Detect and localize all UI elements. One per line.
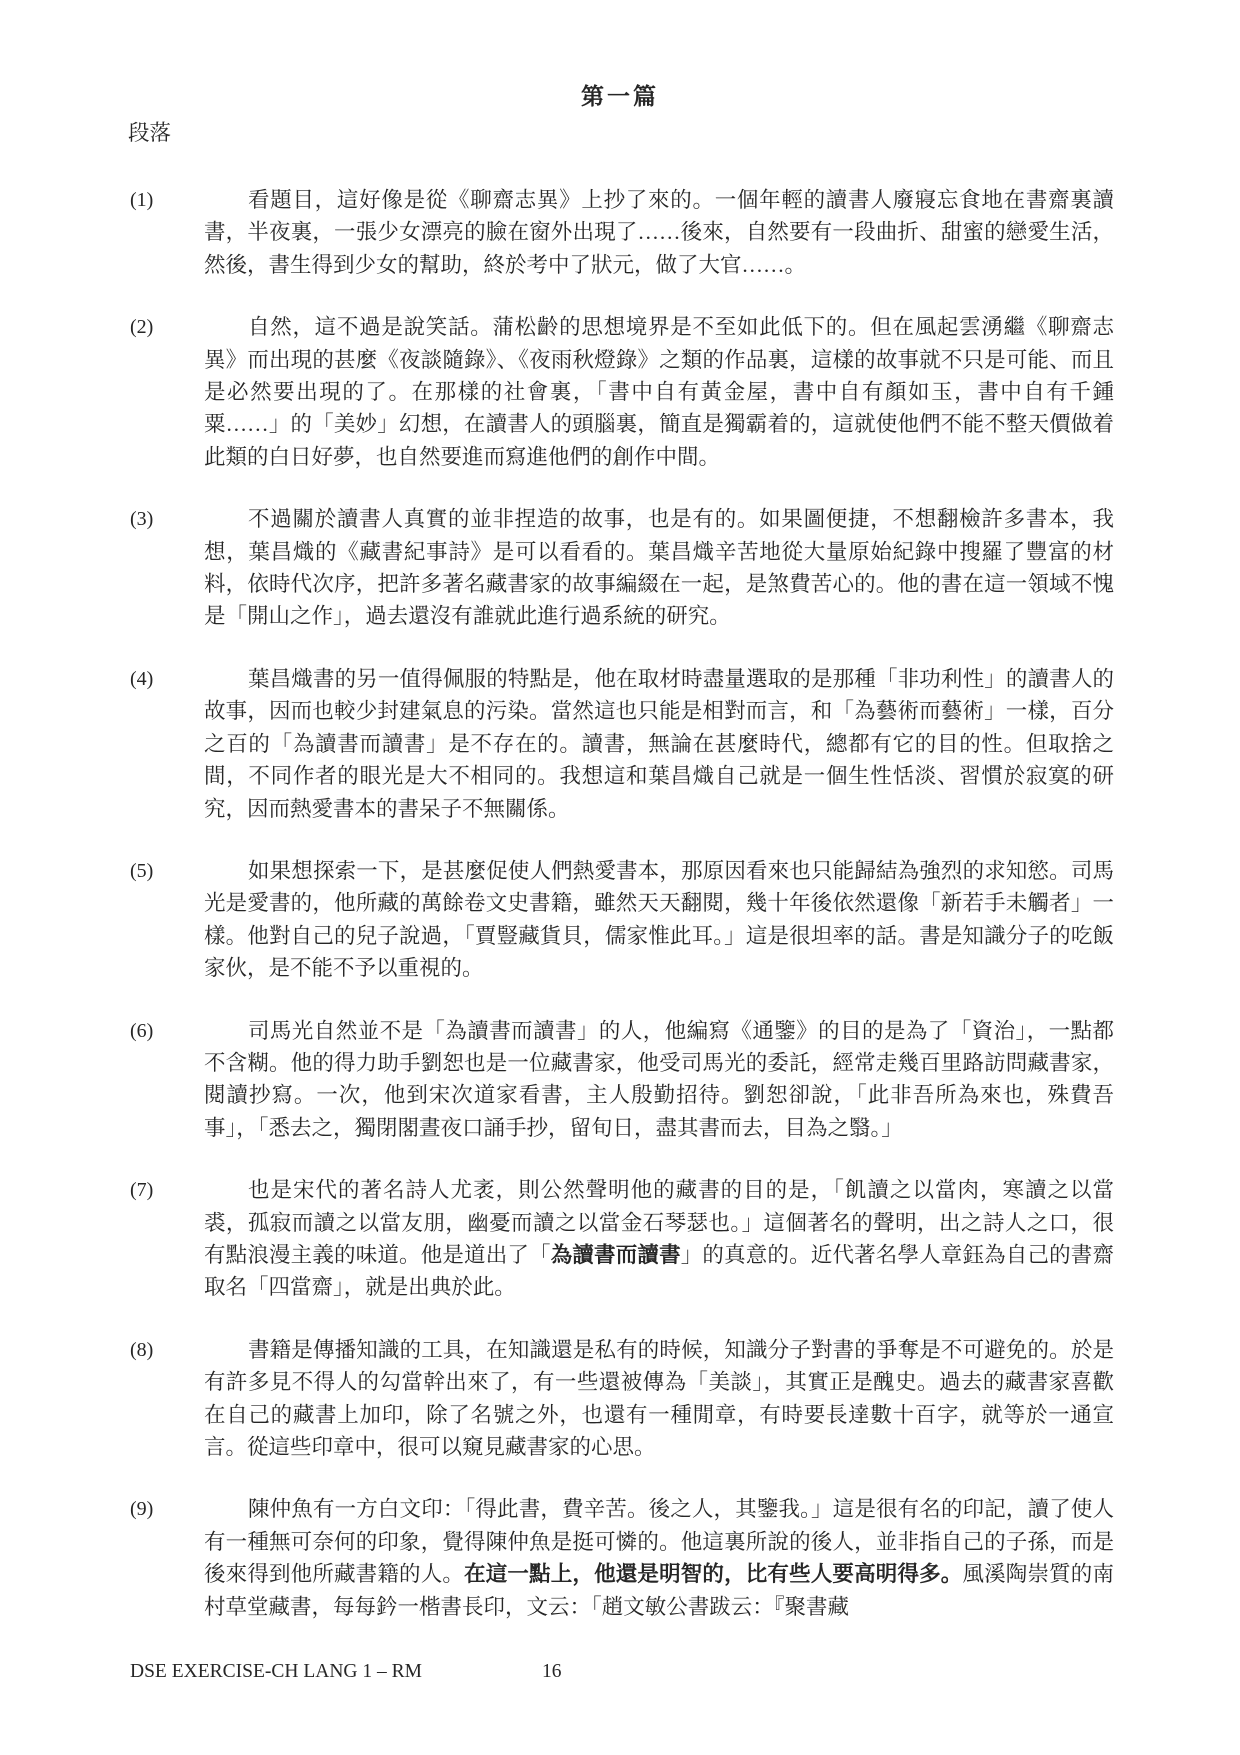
- paragraph: (9) 陳仲魚有一方白文印：「得此書，費辛苦。後之人，其鑒我。」這是很有名的印記…: [130, 1493, 1114, 1623]
- paragraph-number: (1): [130, 184, 153, 216]
- page-title: 第一篇: [0, 0, 1240, 114]
- paragraph-number: (8): [130, 1334, 153, 1366]
- paragraph-number: (3): [130, 503, 153, 535]
- text-run: 不過關於讀書人真實的並非捏造的故事，也是有的。如果圖便捷，不想翻檢許多書本，我想…: [204, 507, 1114, 628]
- text-run: 葉昌熾書的另一值得佩服的特點是，他在取材時盡量選取的是那種「非功利性」的讀書人的…: [204, 667, 1114, 821]
- text-run: 看題目，這好像是從《聊齋志異》上抄了來的。一個年輕的讀書人廢寢忘食地在書齋裏讀書…: [204, 188, 1114, 277]
- passage: (1) 看題目，這好像是從《聊齋志異》上抄了來的。一個年輕的讀書人廢寢忘食地在書…: [130, 184, 1114, 1623]
- paragraph-text: 自然，這不過是說笑話。蒲松齡的思想境界是不至如此低下的。但在風起雲湧繼《聊齋志異…: [204, 311, 1114, 473]
- paragraph-text: 不過關於讀書人真實的並非捏造的故事，也是有的。如果圖便捷，不想翻檢許多書本，我想…: [204, 503, 1114, 633]
- paragraph-number: (5): [130, 855, 153, 887]
- document-page: 第一篇 段落 (1) 看題目，這好像是從《聊齋志異》上抄了來的。一個年輕的讀書人…: [0, 0, 1240, 1755]
- paragraph-number: (6): [130, 1015, 153, 1047]
- paragraph-number: (7): [130, 1174, 153, 1206]
- paragraph: (7) 也是宋代的著名詩人尤袤，則公然聲明他的藏書的目的是，「飢讀之以當肉，寒讀…: [130, 1174, 1114, 1304]
- paragraph-text: 書籍是傳播知識的工具，在知識還是私有的時候，知識分子對書的爭奪是不可避免的。於是…: [204, 1334, 1114, 1464]
- paragraph: (3) 不過關於讀書人真實的並非捏造的故事，也是有的。如果圖便捷，不想翻檢許多書…: [130, 503, 1114, 633]
- paragraph-number: (9): [130, 1493, 153, 1525]
- paragraph-text: 如果想探索一下，是甚麼促使人們熱愛書本，那原因看來也只能歸結為強烈的求知慾。司馬…: [204, 855, 1114, 985]
- text-run: 書籍是傳播知識的工具，在知識還是私有的時候，知識分子對書的爭奪是不可避免的。於是…: [204, 1338, 1114, 1459]
- text-run: 自然，這不過是說笑話。蒲松齡的思想境界是不至如此低下的。但在風起雲湧繼《聊齋志異…: [204, 315, 1114, 469]
- paragraph-number: (2): [130, 311, 153, 343]
- footer: DSE EXERCISE-CH LANG 1 – RM 16: [130, 1660, 1114, 1684]
- paragraph-text: 看題目，這好像是從《聊齋志異》上抄了來的。一個年輕的讀書人廢寢忘食地在書齋裏讀書…: [204, 184, 1114, 281]
- paragraph: (5) 如果想探索一下，是甚麼促使人們熱愛書本，那原因看來也只能歸結為強烈的求知…: [130, 855, 1114, 985]
- footer-page-number: 16: [542, 1660, 562, 1684]
- paragraph-text: 司馬光自然並不是「為讀書而讀書」的人，他編寫《通鑒》的目的是為了「資治」，一點都…: [204, 1015, 1114, 1145]
- paragraph-text: 也是宋代的著名詩人尤袤，則公然聲明他的藏書的目的是，「飢讀之以當肉，寒讀之以當裘…: [204, 1174, 1114, 1304]
- paragraph: (1) 看題目，這好像是從《聊齋志異》上抄了來的。一個年輕的讀書人廢寢忘食地在書…: [130, 184, 1114, 281]
- paragraph-number: (4): [130, 663, 153, 695]
- paragraph-text: 葉昌熾書的另一值得佩服的特點是，他在取材時盡量選取的是那種「非功利性」的讀書人的…: [204, 663, 1114, 825]
- text-run: 在這一點上，他還是明智的，比有些人要高明得多。: [464, 1562, 962, 1586]
- section-label: 段落: [128, 118, 1240, 148]
- paragraph: (2) 自然，這不過是說笑話。蒲松齡的思想境界是不至如此低下的。但在風起雲湧繼《…: [130, 311, 1114, 473]
- paragraph: (8) 書籍是傳播知識的工具，在知識還是私有的時候，知識分子對書的爭奪是不可避免…: [130, 1334, 1114, 1464]
- paragraph: (4) 葉昌熾書的另一值得佩服的特點是，他在取材時盡量選取的是那種「非功利性」的…: [130, 663, 1114, 825]
- paragraph-text: 陳仲魚有一方白文印：「得此書，費辛苦。後之人，其鑒我。」這是很有名的印記，讀了使…: [204, 1493, 1114, 1623]
- text-run: 如果想探索一下，是甚麼促使人們熱愛書本，那原因看來也只能歸結為強烈的求知慾。司馬…: [204, 859, 1114, 980]
- footer-doc-code: DSE EXERCISE-CH LANG 1 – RM: [130, 1661, 422, 1682]
- paragraph: (6) 司馬光自然並不是「為讀書而讀書」的人，他編寫《通鑒》的目的是為了「資治」…: [130, 1015, 1114, 1145]
- text-run: 司馬光自然並不是「為讀書而讀書」的人，他編寫《通鑒》的目的是為了「資治」，一點都…: [204, 1019, 1114, 1140]
- text-run: 為讀書而讀書: [551, 1243, 681, 1267]
